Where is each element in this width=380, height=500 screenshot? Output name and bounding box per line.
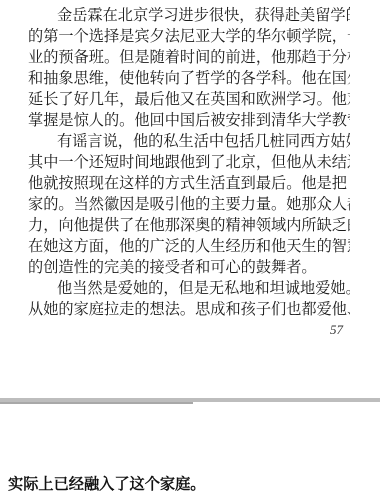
paragraph-2-line-6: 在她这方面，他的广泛的人生经历和他天生的智慧使他成为她	[28, 236, 350, 256]
paragraph-2-line-3: 他就按照现在这样的方式生活直到最后。他是把自己从属于梁	[28, 173, 350, 193]
paragraph-2-line-2: 其中一个还短时间地跟他到了北京，但他从未结过婚。相反地，	[28, 152, 350, 172]
document-page: 金岳霖在北京学习进步很快，获得赴美留学的奖学金。他 的第一个选择是宾夕法尼亚大学…	[0, 0, 380, 400]
paragraph-2-line-1: 有谣言说，他的私生活中包括几桩同西方姑娘的恋爱关系。	[57, 131, 350, 151]
paragraph-1-line-3: 业的预备班。但是随着时间的前进，他那趋于分析的自然倾向	[28, 47, 350, 67]
paragraph-3-line-1: 他当然是爱她的，但是无私地和坦诚地爱她。他没有把她	[57, 278, 350, 298]
page-separator-shadow	[0, 402, 193, 404]
paragraph-1-line-6: 掌握是惊人的。他回中国后被安排到清华大学教哲学。	[28, 110, 350, 130]
paragraph-1-line-5: 延长了好几年，最后他又在英国和欧洲学习。他对牛津英语的	[28, 89, 350, 109]
next-page-line-1: 实际上已经融入了这个家庭。	[8, 474, 205, 494]
paragraph-2-line-4: 家的。当然徽因是吸引他的主要力量。她那众人都感知的吸引	[28, 194, 350, 214]
paragraph-2-line-7: 的创造性的完美的接受者和可心的鼓舞者。	[28, 257, 350, 277]
paragraph-2-line-5: 力，向他提供了在他那深奥的精神领域内所缺乏的人性的旋涡。	[28, 215, 350, 235]
paragraph-1-line-1: 金岳霖在北京学习进步很快，获得赴美留学的奖学金。他	[57, 5, 350, 25]
paragraph-1-line-4: 和抽象思维，使他转向了哲学的各学科。他在国外留学的期限	[28, 68, 350, 88]
page-number: 57	[330, 322, 343, 338]
paragraph-3-line-2: 从她的家庭拉走的想法。思成和孩子们也都爱他、信任他，他	[28, 299, 350, 319]
paragraph-1-line-2: 的第一个选择是宾夕法尼亚大学的华尔顿学院，一个经济和商	[28, 26, 350, 46]
